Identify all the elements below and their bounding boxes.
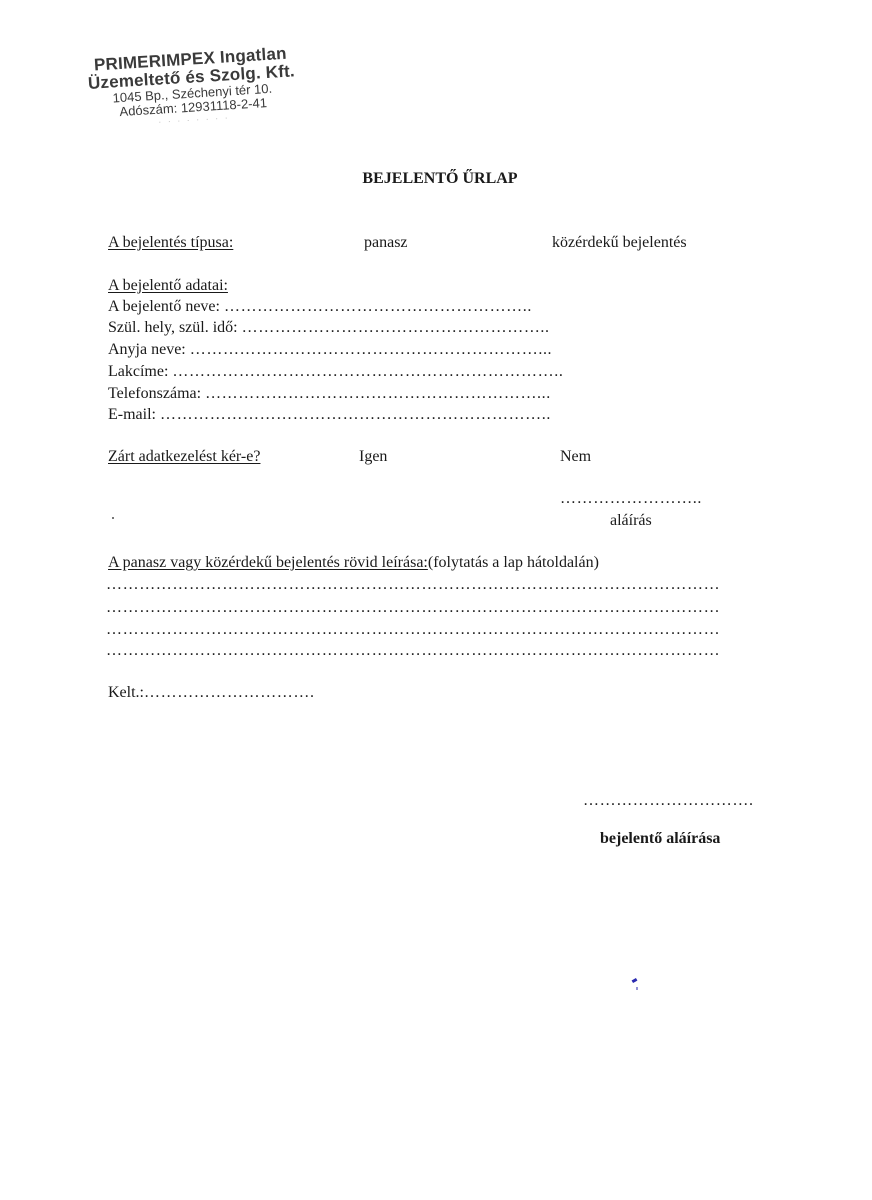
confidential-option-yes[interactable]: Igen <box>359 447 387 467</box>
form-title: BEJELENTŐ ŰRLAP <box>0 170 872 188</box>
applicant-name-field[interactable]: A bejelentő neve: ……………………………………………….. <box>108 297 532 317</box>
description-heading: A panasz vagy közérdekű bejelentés rövid… <box>108 553 599 573</box>
description-line[interactable]: ………………………………………………………………………………………………… <box>106 641 720 661</box>
report-type-option-public-interest[interactable]: közérdekű bejelentés <box>552 233 687 253</box>
date-label: Kelt.: <box>108 684 144 701</box>
field-blank[interactable]: …………………………………………………………….. <box>172 363 563 380</box>
description-label: A panasz vagy közérdekű bejelentés rövid… <box>108 554 428 571</box>
description-line[interactable]: ………………………………………………………………………………………………… <box>106 575 720 595</box>
report-type-option-complaint[interactable]: panasz <box>364 233 408 253</box>
email-field[interactable]: E-mail: …………………………………………………………….. <box>108 405 551 425</box>
ink-speck <box>636 987 638 990</box>
field-label: E-mail: <box>108 406 156 423</box>
mother-name-field[interactable]: Anyja neve: ………………………………………………………... <box>108 340 552 360</box>
confidential-signature-line[interactable]: …………………….. <box>560 489 702 509</box>
applicant-signature-label: bejelentő aláírása <box>600 829 720 849</box>
ink-speck <box>632 978 638 983</box>
field-label: A bejelentő neve: <box>108 298 220 315</box>
applicant-signature-line[interactable]: …………………………. <box>583 791 754 811</box>
confidential-handling-label: Zárt adatkezelést kér-e? <box>108 447 260 467</box>
field-label: Anyja neve: <box>108 341 186 358</box>
company-stamp: PRIMERIMPEX Ingatlan Üzemeltető és Szolg… <box>70 43 314 132</box>
field-blank[interactable]: ………………………………………………………... <box>190 341 552 358</box>
confidential-option-no[interactable]: Nem <box>560 447 591 467</box>
confidential-signature-label: aláírás <box>610 511 652 531</box>
date-blank[interactable]: …………………………. <box>144 684 315 701</box>
birth-place-date-field[interactable]: Szül. hely, szül. idő: ……………………………………………… <box>108 318 550 338</box>
field-label: Telefonszáma: <box>108 385 201 402</box>
field-blank[interactable]: ……………………………………………………... <box>205 385 551 402</box>
field-label: Lakcíme: <box>108 363 168 380</box>
field-blank[interactable]: ……………………………………………….. <box>242 319 550 336</box>
description-note: (folytatás a lap hátoldalán) <box>428 554 599 571</box>
phone-field[interactable]: Telefonszáma: ……………………………………………………... <box>108 384 551 404</box>
applicant-heading: A bejelentő adatai: <box>108 276 228 296</box>
field-label: Szül. hely, szül. idő: <box>108 319 238 336</box>
field-blank[interactable]: ……………………………………………….. <box>224 298 532 315</box>
description-line[interactable]: ………………………………………………………………………………………………… <box>106 620 720 640</box>
address-field[interactable]: Lakcíme: …………………………………………………………….. <box>108 362 563 382</box>
stray-mark <box>112 517 114 519</box>
description-line[interactable]: ………………………………………………………………………………………………… <box>106 598 720 618</box>
field-blank[interactable]: …………………………………………………………….. <box>160 406 551 423</box>
report-type-label: A bejelentés típusa: <box>108 233 233 253</box>
date-field[interactable]: Kelt.:…………………………. <box>108 683 315 703</box>
